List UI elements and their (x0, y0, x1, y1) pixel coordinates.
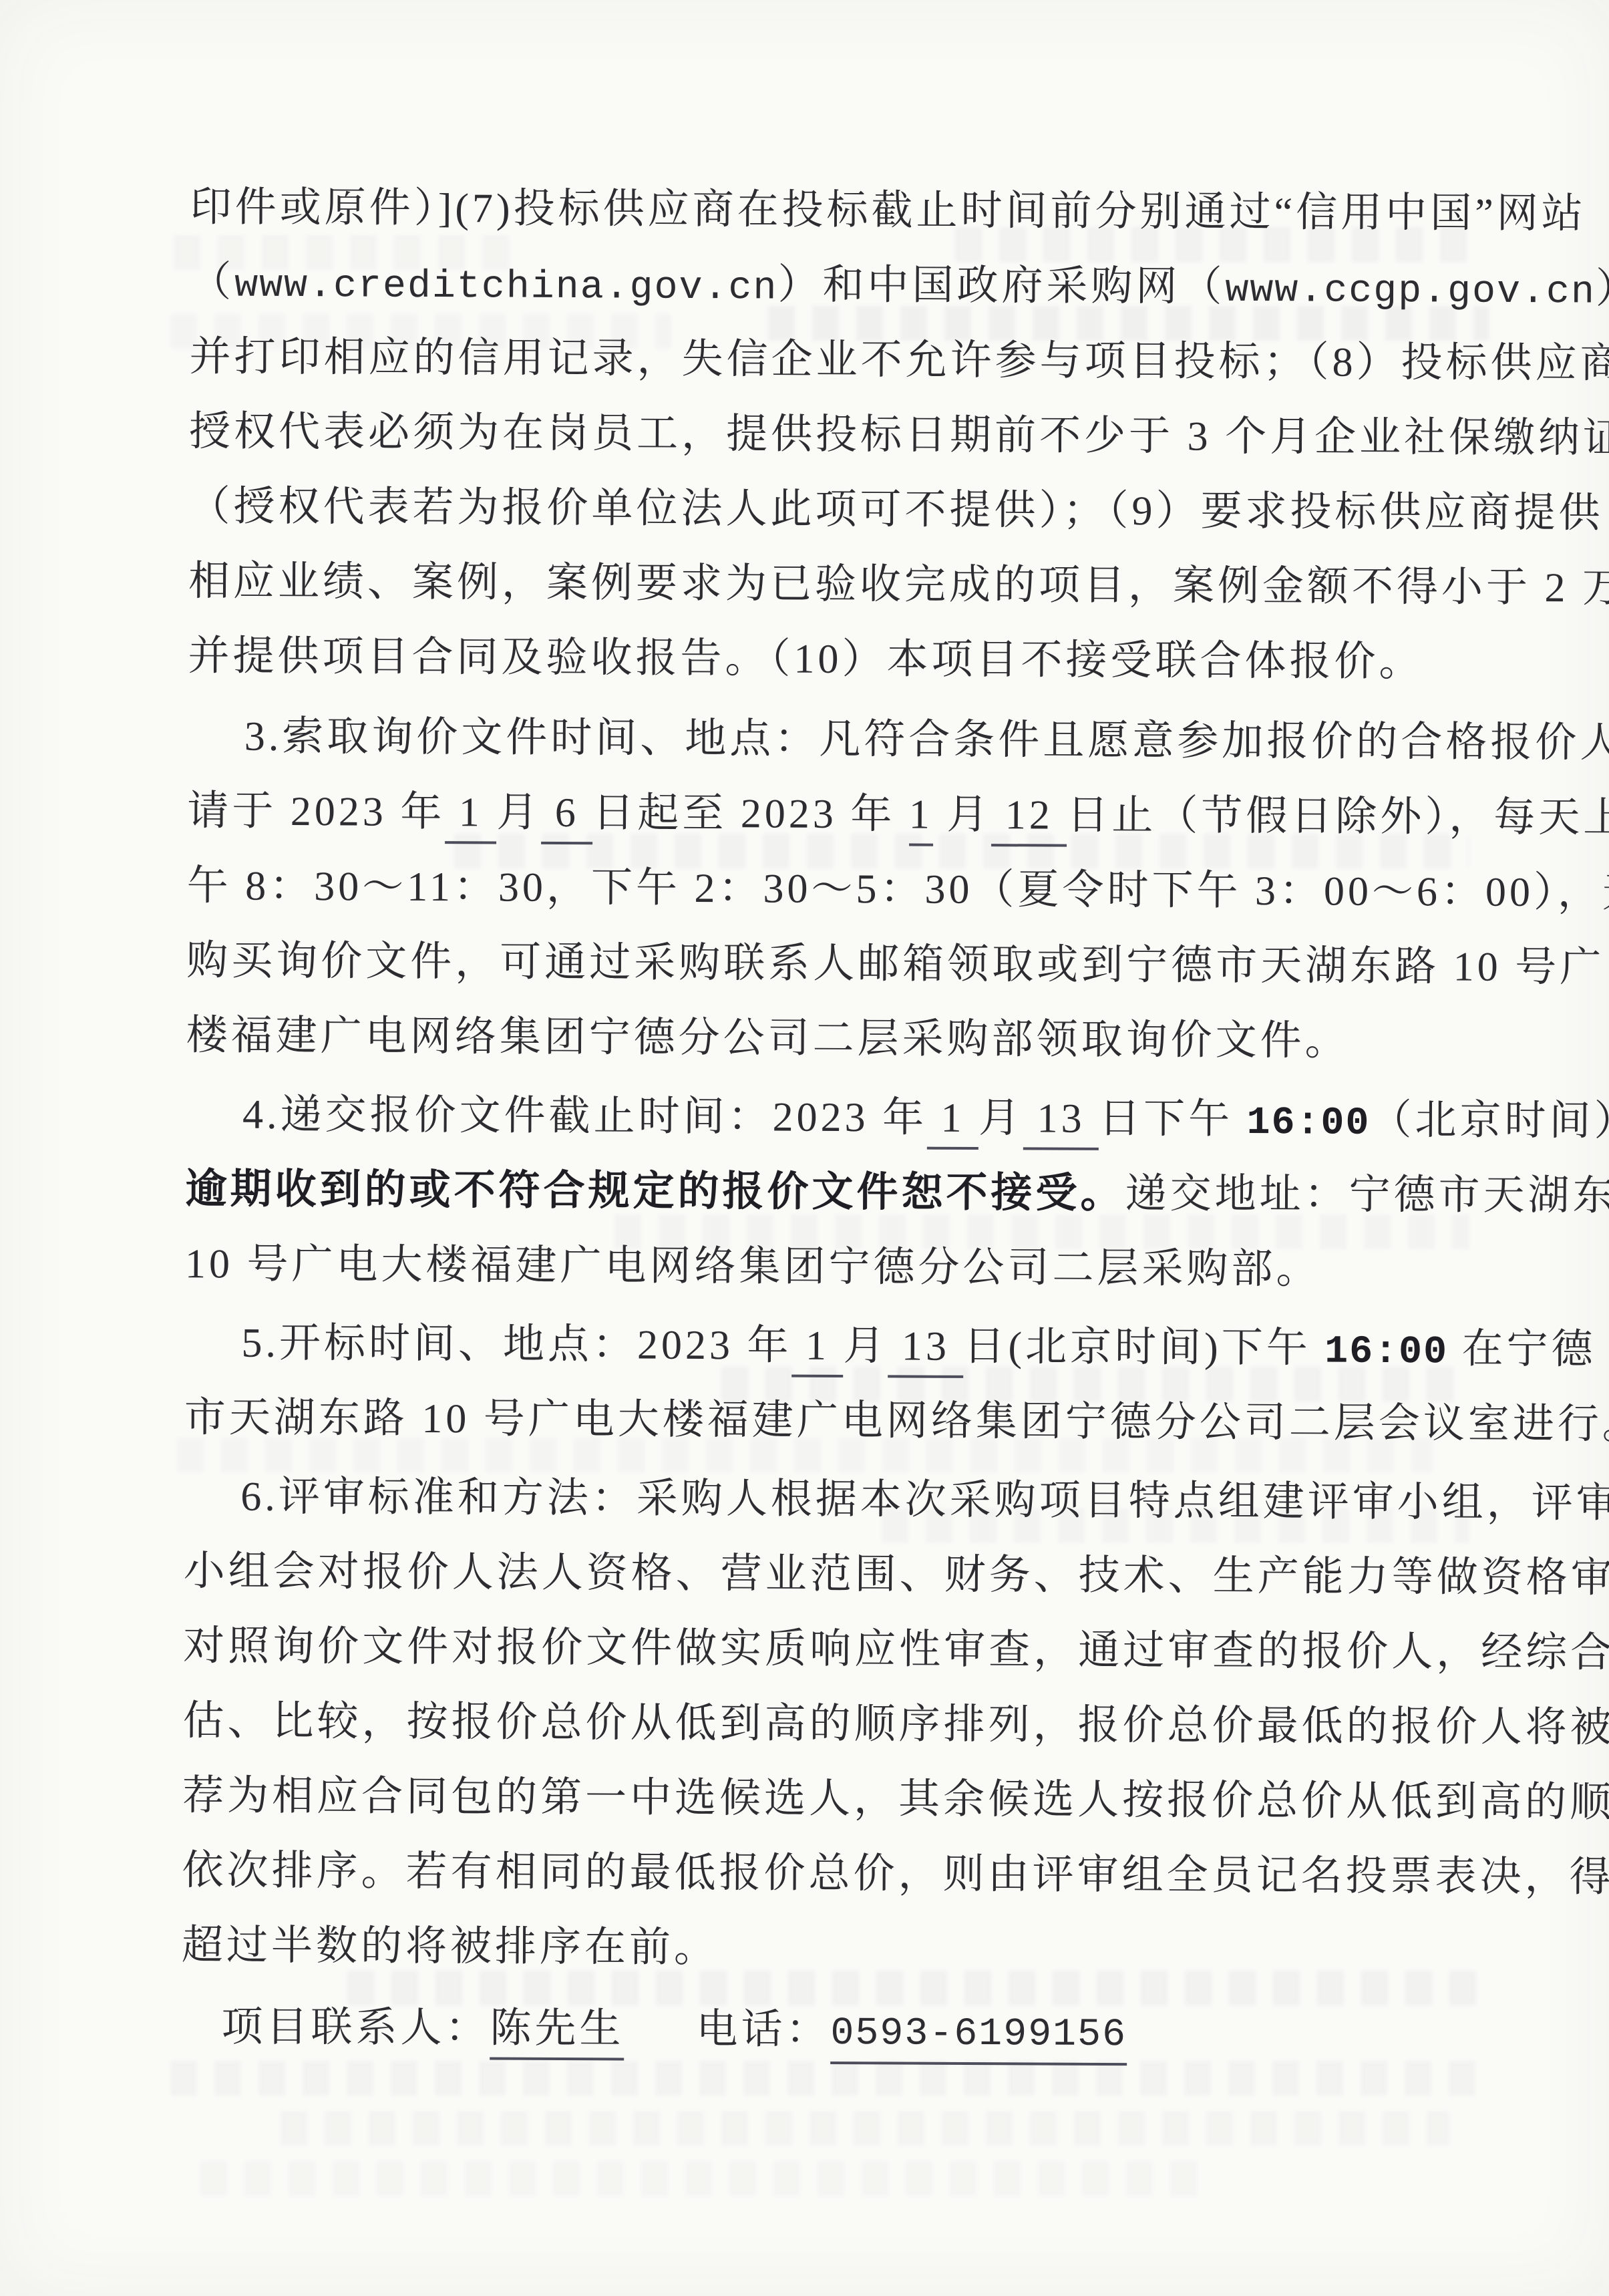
text-line: 请于 2023 年 1 月 6 日起至 2023 年 1 月 12 日止（节假日… (187, 774, 1483, 854)
phone-number: 0593-6199156 (830, 2011, 1127, 2066)
text-run: 印件或原件）](7)投标供应商在投标截止时间前分别通过“信用中国”网站 (190, 184, 1586, 236)
submit-deadline-day: 13 (1023, 1096, 1099, 1150)
section-3-line: 3.索取询价文件时间、地点：凡符合条件且愿意参加报价的合格报价人 (188, 699, 1484, 780)
text-run: 对照询价文件对报价文件做实质响应性审查，通过审查的报价人，经综合评 (183, 1623, 1609, 1676)
text-run: 楼福建广电网络集团宁德分公司二层采购部领取询价文件。 (186, 1013, 1350, 1064)
text-run: 日下午 (1099, 1096, 1247, 1142)
ccgp-url: www.ccgp.gov.cn (1225, 268, 1596, 315)
bleedthrough-artifact (200, 2161, 1202, 2196)
text-run: 日起至 2023 年 (592, 790, 909, 837)
bleedthrough-artifact (281, 2111, 1449, 2146)
text-run: 相应业绩、案例，案例要求为已验收完成的项目，案例金额不得小于 2 万元， (188, 558, 1609, 611)
opening-month: 1 (791, 1323, 843, 1377)
obtain-end-day: 12 (991, 792, 1067, 847)
text-run: ）和中国政府采购网（ (777, 263, 1225, 310)
text-run: 并打印相应的信用记录，失信企业不允许参与项目投标；（8）投标供应商 (189, 334, 1609, 387)
obtain-start-day: 6 (541, 790, 592, 844)
contact-line: 项目联系人：陈先生 电话：0593-6199156 (181, 1989, 1477, 2070)
text-line: 相应业绩、案例，案例要求为已验收完成的项目，案例金额不得小于 2 万元， (188, 544, 1485, 625)
text-line: 逾期收到的或不符合规定的报价文件恕不接受。递交地址：宁德市天湖东路 (185, 1152, 1481, 1233)
submit-deadline-month: 1 (927, 1096, 978, 1150)
text-run: 10 号广电大楼福建广电网络集团宁德分公司二层采购部。 (185, 1241, 1321, 1292)
text-run: ）查询 (1596, 267, 1609, 313)
text-line: 荐为相应合同包的第一中选候选人，其余候选人按报价总价从低到高的顺序 (182, 1758, 1479, 1839)
text-run: 6.评审标准和方法：采购人根据本次采购项目特点组建评审小组，评审 (240, 1474, 1609, 1526)
scanned-document-page: 印件或原件）](7)投标供应商在投标截止时间前分别通过“信用中国”网站（www.… (0, 0, 1609, 2296)
section-4-line: 4.递交报价文件截止时间：2023 年 1 月 13 日下午 16:00（北京时… (186, 1077, 1482, 1158)
contact-name: 陈先生 (490, 2005, 624, 2060)
text-run: 荐为相应合同包的第一中选候选人，其余候选人按报价总价从低到高的顺序 (182, 1773, 1609, 1826)
late-rejection-notice: 逾期收到的或不符合规定的报价文件恕不接受。 (185, 1166, 1125, 1216)
text-line: 午 8：30～11：30，下午 2：30～5：30（夏令时下午 3：00～6：0… (186, 848, 1483, 929)
text-line: 并提供项目合同及验收报告。（10）本项目不接受联合体报价。 (188, 619, 1484, 699)
text-run: 月 (978, 1096, 1023, 1141)
text-line: 印件或原件）](7)投标供应商在投标截止时间前分别通过“信用中国”网站 (190, 170, 1486, 251)
text-line: 超过半数的将被排序在前。 (182, 1908, 1478, 1989)
phone-label: 电话： (696, 2007, 830, 2053)
section-5-line: 5.开标时间、地点：2023 年 1 月 13 日(北京时间)下午 16:00 … (184, 1305, 1481, 1386)
scanned-document: 印件或原件）](7)投标供应商在投标截止时间前分别通过“信用中国”网站（www.… (181, 170, 1486, 2070)
text-run: 在宁德 (1448, 1326, 1596, 1372)
text-run: 日(北京时间)下午 (963, 1324, 1324, 1371)
text-line: 依次排序。若有相同的最低报价总价，则由评审组全员记名投票表决，得票 (182, 1833, 1478, 1914)
contact-label: 项目联系人： (221, 2005, 490, 2052)
obtain-start-month: 1 (445, 790, 496, 844)
text-run: 并提供项目合同及验收报告。（10）本项目不接受联合体报价。 (188, 633, 1423, 685)
text-run: 购买询价文件，可通过采购联系人邮箱领取或到宁德市天湖东路 10 号广电大 (186, 938, 1609, 991)
text-line: 10 号广电大楼福建广电网络集团宁德分公司二层采购部。 (185, 1226, 1481, 1307)
text-line: 并打印相应的信用记录，失信企业不允许参与项目投标；（8）投标供应商 (189, 319, 1485, 400)
text-line: 授权代表必须为在岗员工，提供投标日期前不少于 3 个月企业社保缴纳证明 (189, 394, 1485, 475)
text-run: 月 (933, 792, 992, 838)
text-line: （www.creditchina.gov.cn）和中国政府采购网（www.ccg… (190, 244, 1486, 325)
text-run: 授权代表必须为在岗员工，提供投标日期前不少于 3 个月企业社保缴纳证明 (189, 409, 1609, 462)
text-run (624, 2006, 696, 2052)
text-line: 市天湖东路 10 号广电大楼福建广电网络集团宁德分公司二层会议室进行。 (184, 1380, 1481, 1461)
scanned-page-background: { "page": { "paper_color": "#fafaf7", "i… (0, 0, 1609, 2296)
text-line: 小组会对报价人法人资格、营业范围、财务、技术、生产能力等做资格审查， (183, 1534, 1479, 1615)
section-6-line: 6.评审标准和方法：采购人根据本次采购项目特点组建评审小组，评审 (184, 1459, 1480, 1540)
text-run: 递交地址：宁德市天湖东路 (1125, 1171, 1609, 1219)
opening-time: 16:00 (1324, 1329, 1448, 1375)
obtain-end-month: 1 (909, 792, 933, 846)
credit-china-url: www.creditchina.gov.cn (234, 263, 778, 311)
text-run: 3.索取询价文件时间、地点：凡符合条件且愿意参加报价的合格报价人 (244, 714, 1609, 766)
text-run: 5.开标时间、地点：2023 年 (241, 1321, 791, 1369)
text-run: 小组会对报价人法人资格、营业范围、财务、技术、生产能力等做资格审查， (184, 1548, 1609, 1601)
text-run: 依次排序。若有相同的最低报价总价，则由评审组全员记名投票表决，得票 (182, 1848, 1609, 1901)
text-run: 月 (496, 790, 541, 835)
opening-day: 13 (888, 1323, 963, 1378)
text-run: 请于 2023 年 (187, 788, 445, 835)
text-run: 估、比较，按报价总价从低到高的顺序排列，报价总价最低的报价人将被推 (182, 1698, 1609, 1751)
text-run: 午 8：30～11：30，下午 2：30～5：30（夏令时下午 3：00～6：0… (187, 863, 1609, 916)
text-line: 估、比较，按报价总价从低到高的顺序排列，报价总价最低的报价人将被推 (182, 1683, 1479, 1764)
text-run: 月 (843, 1323, 888, 1369)
text-run: 日止（节假日除外），每天上 (1067, 793, 1609, 841)
text-run: （ (190, 259, 234, 305)
text-line: （授权代表若为报价单位法人此项可不提供）；（9）要求投标供应商提供 (188, 469, 1485, 550)
text-run: 市天湖东路 10 号广电大楼福建广电网络集团宁德分公司二层会议室进行。 (184, 1395, 1609, 1448)
text-run: 超过半数的将被排序在前。 (182, 1923, 719, 1971)
text-run: （授权代表若为报价单位法人此项可不提供）；（9）要求投标供应商提供 (188, 484, 1603, 536)
text-line: 购买询价文件，可通过采购联系人邮箱领取或到宁德市天湖东路 10 号广电大 (186, 923, 1483, 1004)
text-run: 4.递交报价文件截止时间：2023 年 (242, 1092, 927, 1141)
text-line: 楼福建广电网络集团宁德分公司二层采购部领取询价文件。 (186, 998, 1482, 1079)
text-run: （北京时间）， (1370, 1098, 1609, 1144)
submit-deadline-time: 16:00 (1246, 1100, 1370, 1146)
text-line: 对照询价文件对报价文件做实质响应性审查，通过审查的报价人，经综合评 (183, 1609, 1479, 1689)
